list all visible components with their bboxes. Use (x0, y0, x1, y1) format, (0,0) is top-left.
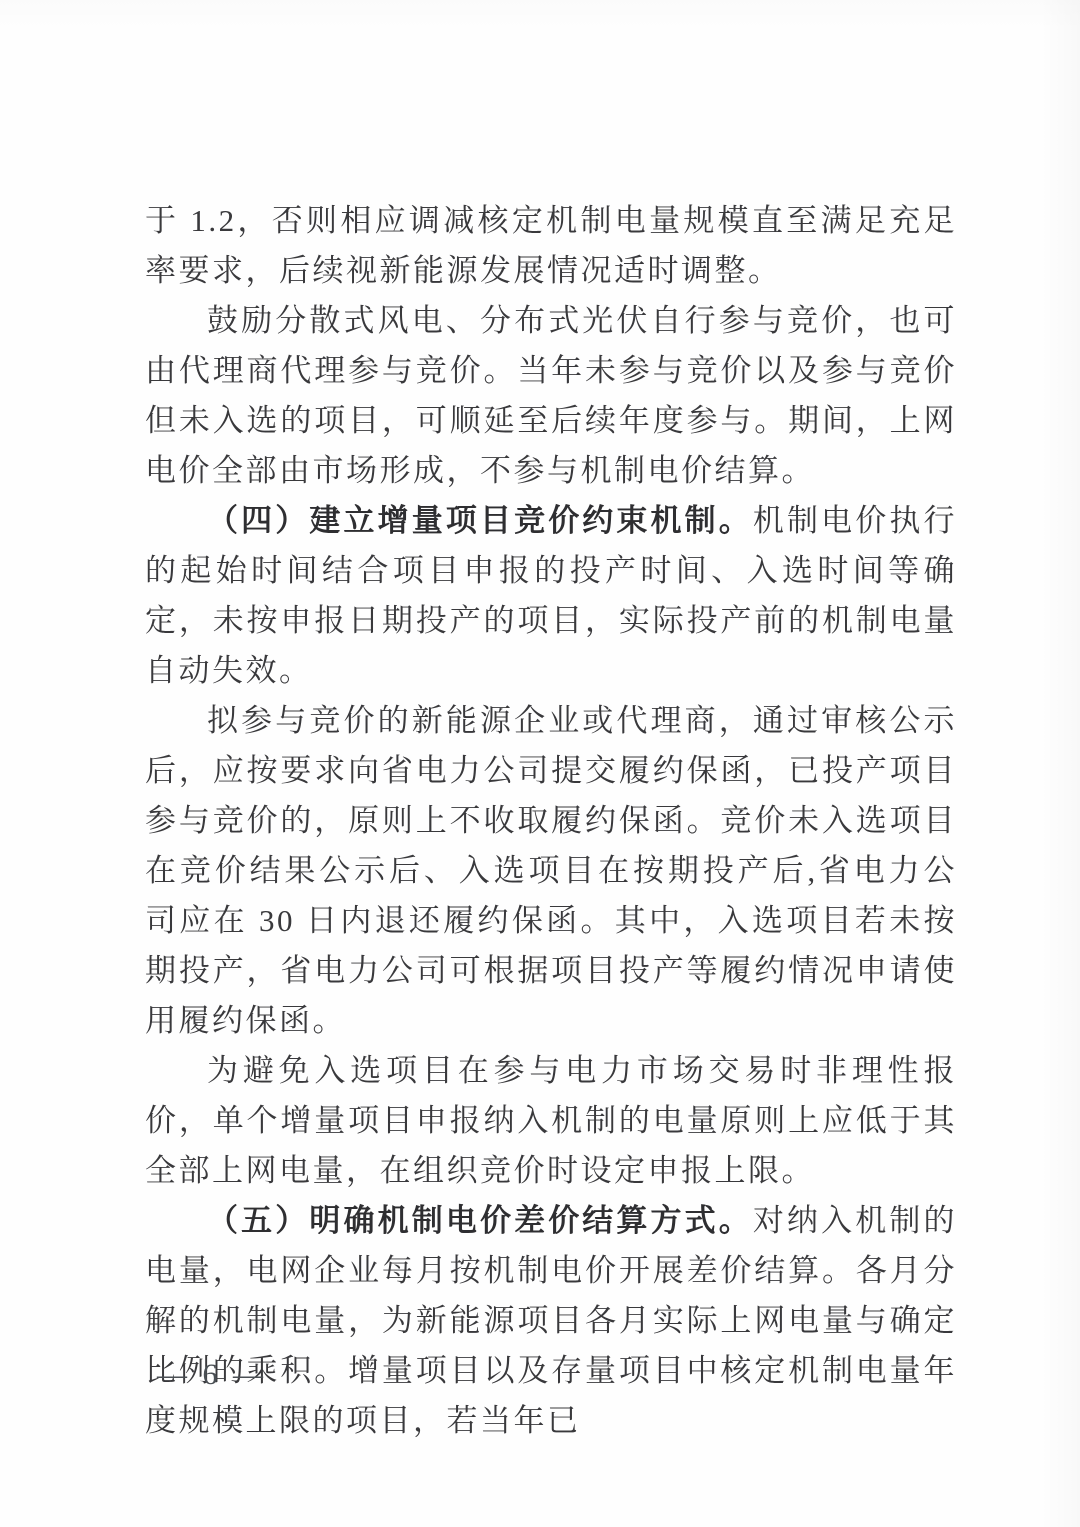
paragraph: （四）建立增量项目竞价约束机制。机制电价执行的起始时间结合项目申报的投产时间、入… (145, 496, 957, 696)
text-run: 为避免入选项目在参与电力市场交易时非理性报价，单个增量项目申报纳入机制的电量原则… (145, 1053, 957, 1188)
text-run: 于 1.2，否则相应调减核定机制电量规模直至满足充足率要求，后续视新能源发展情况… (145, 203, 957, 288)
document-page: 于 1.2，否则相应调减核定机制电量规模直至满足充足率要求，后续视新能源发展情况… (0, 0, 1080, 1527)
text-run: 对纳入机制的电量，电网企业每月按机制电价开展差价结算。各月分解的机制电量，为新能… (145, 1203, 957, 1438)
text-run: 拟参与竞价的新能源企业或代理商，通过审核公示后，应按要求向省电力公司提交履约保函… (145, 703, 957, 1038)
page-number: — 6 — (157, 1355, 267, 1395)
section-heading-run: （五）明确机制电价差价结算方式。 (207, 1203, 753, 1238)
section-heading-run: （四）建立增量项目竞价约束机制。 (207, 503, 753, 538)
document-body: 于 1.2，否则相应调减核定机制电量规模直至满足充足率要求，后续视新能源发展情况… (145, 196, 957, 1446)
text-run: 鼓励分散式风电、分布式光伏自行参与竞价，也可由代理商代理参与竞价。当年未参与竞价… (145, 303, 957, 488)
paragraph: 拟参与竞价的新能源企业或代理商，通过审核公示后，应按要求向省电力公司提交履约保函… (145, 696, 957, 1046)
paragraph: 于 1.2，否则相应调减核定机制电量规模直至满足充足率要求，后续视新能源发展情况… (145, 196, 957, 296)
paragraph: 鼓励分散式风电、分布式光伏自行参与竞价，也可由代理商代理参与竞价。当年未参与竞价… (145, 296, 957, 496)
paragraph: 为避免入选项目在参与电力市场交易时非理性报价，单个增量项目申报纳入机制的电量原则… (145, 1046, 957, 1196)
paragraph: （五）明确机制电价差价结算方式。对纳入机制的电量，电网企业每月按机制电价开展差价… (145, 1196, 957, 1446)
